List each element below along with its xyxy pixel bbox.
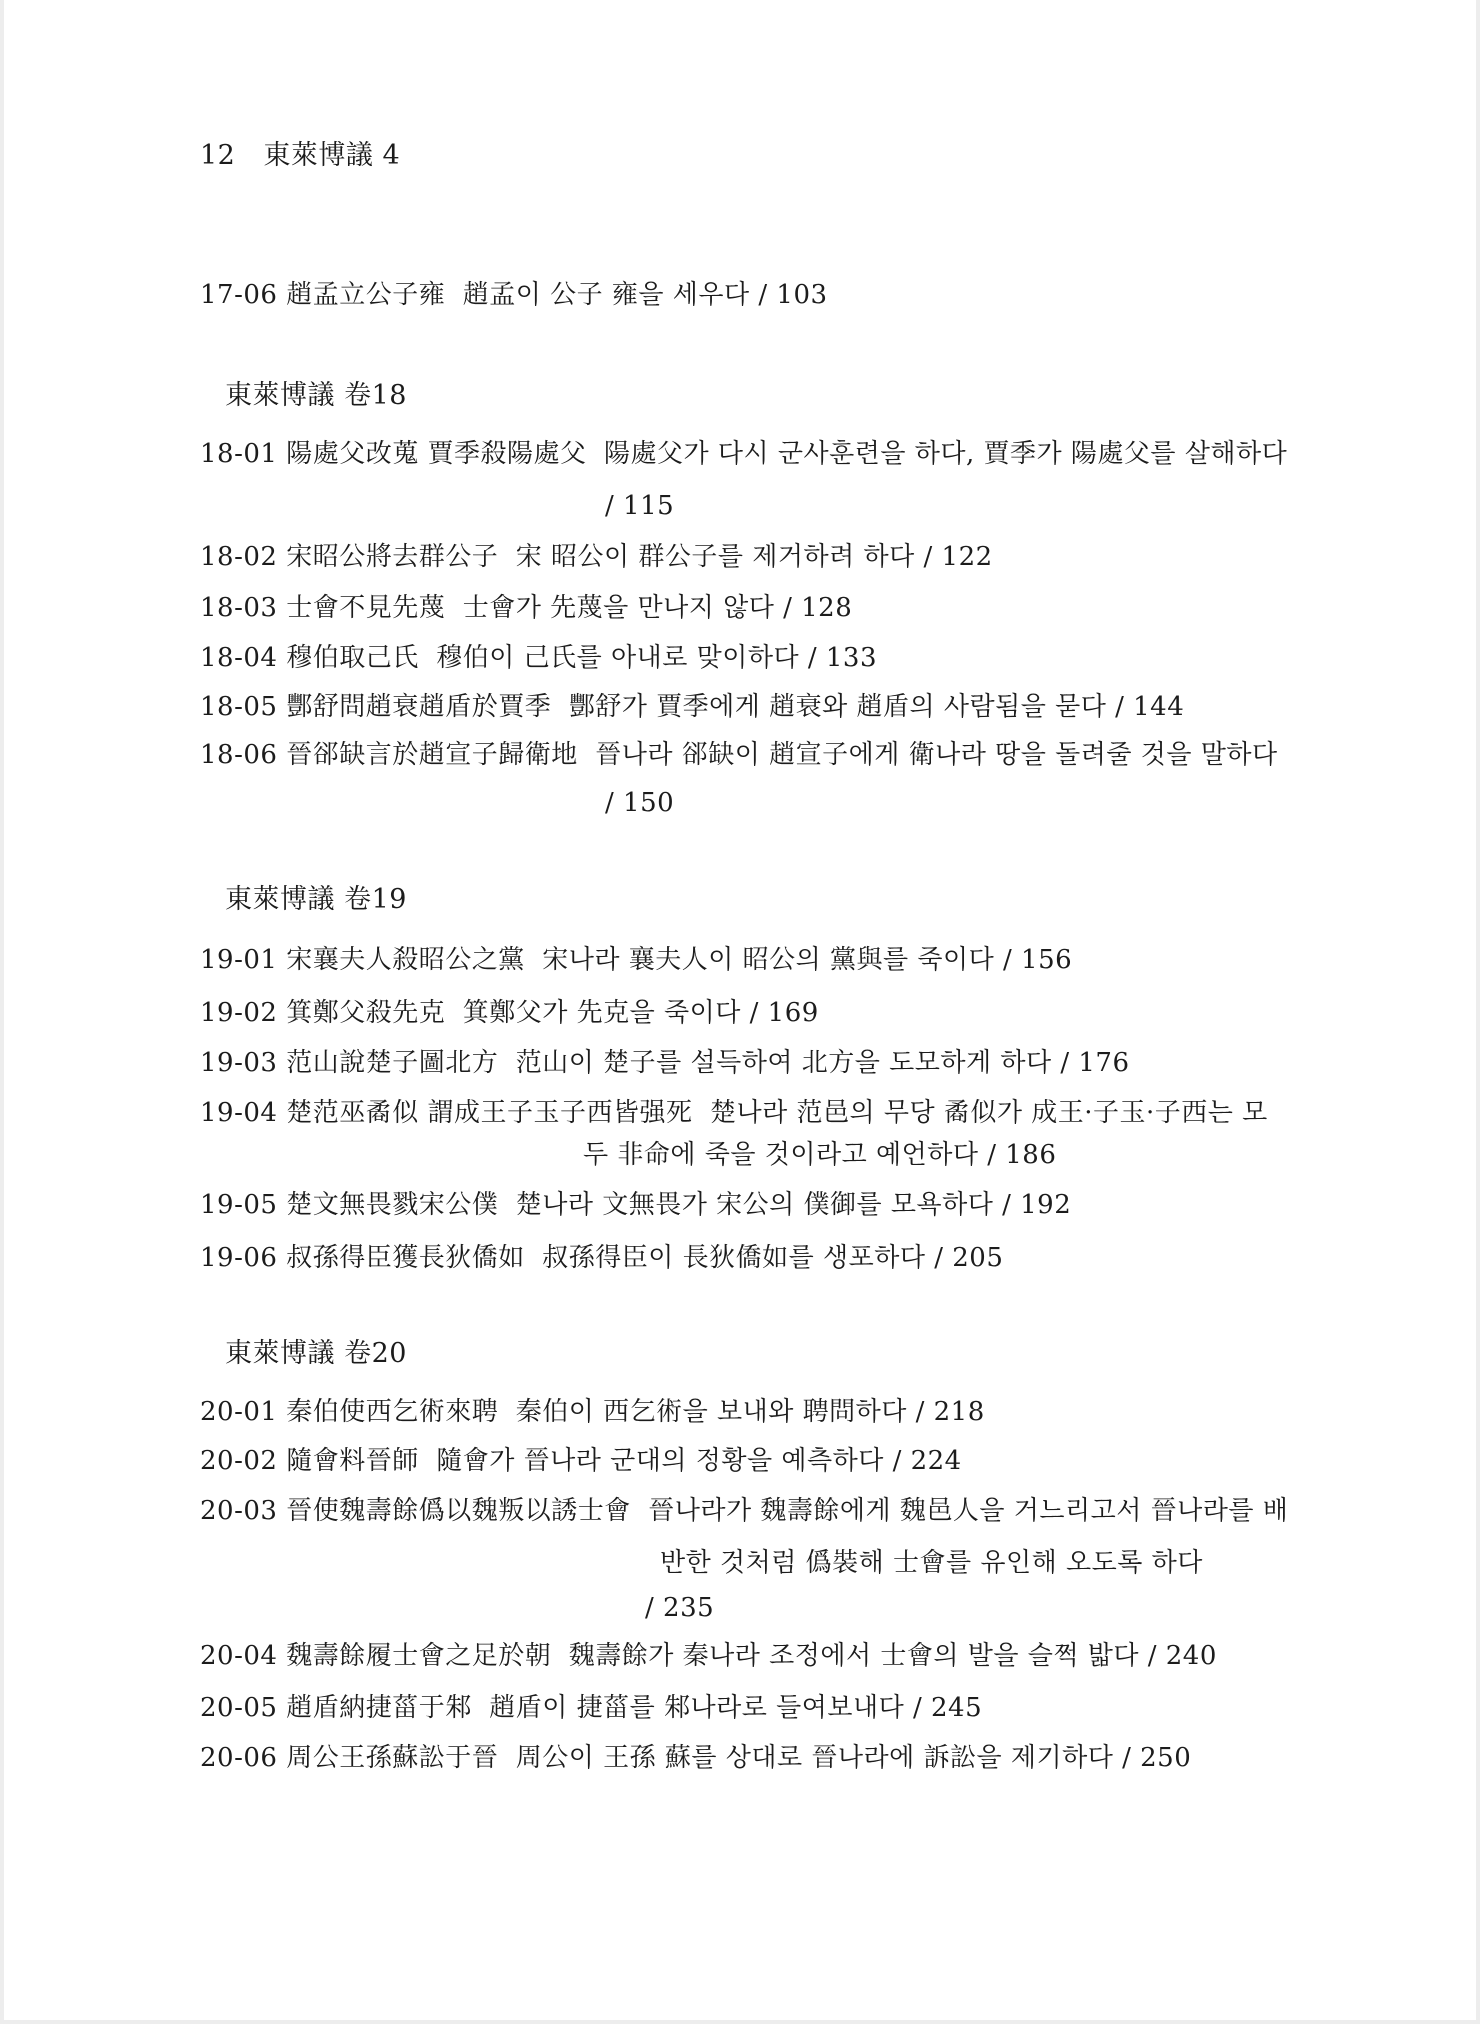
book-title: 東萊博議 4 [263,140,400,171]
section-heading-vol-18: 東萊博議 卷18 [225,380,407,411]
toc-entry-18-04: 18-04 穆伯取己氏 穆伯이 己氏를 아내로 맞이하다 / 133 [200,644,877,674]
toc-entry-19-01: 19-01 宋襄夫人殺昭公之黨 宋나라 襄夫人이 昭公의 黨與를 죽이다 / 1… [200,946,1072,976]
toc-entry-19-06: 19-06 叔孫得臣獲長狄僑如 叔孫得臣이 長狄僑如를 생포하다 / 205 [200,1244,1003,1274]
toc-entry-18-01: 18-01 陽處父改蒐 賈季殺陽處父 陽處父가 다시 군사훈련을 하다, 賈季가… [200,440,1287,470]
toc-entry-19-02: 19-02 箕鄭父殺先克 箕鄭父가 先克을 죽이다 / 169 [200,999,819,1029]
page-number: 12 [200,140,235,171]
toc-entry-19-04: 19-04 楚范巫矞似 謂成王子玉子西皆强死 楚나라 范邑의 무당 矞似가 成王… [200,1099,1268,1129]
toc-entry-18-06-page-line: / 150 [605,789,674,819]
toc-entry-20-04: 20-04 魏壽餘履士會之足於朝 魏壽餘가 秦나라 조정에서 士會의 발을 슬쩍… [200,1642,1217,1672]
toc-entry-18-02: 18-02 宋昭公將去群公子 宋 昭公이 群公子를 제거하려 하다 / 122 [200,543,993,573]
page-header: 12東萊博議 4 [200,140,400,171]
toc-entry-20-02: 20-02 隨會料晉師 隨會가 晉나라 군대의 정황을 예측하다 / 224 [200,1447,962,1477]
section-heading-vol-20: 東萊博議 卷20 [225,1338,407,1369]
toc-entry-19-03: 19-03 范山說楚子圖北方 范山이 楚子를 설득하여 北方을 도모하게 하다 … [200,1049,1130,1079]
toc-entry-20-01: 20-01 秦伯使西乞術來聘 秦伯이 西乞術을 보내와 聘問하다 / 218 [200,1398,985,1428]
toc-entry-19-05: 19-05 楚文無畏戮宋公僕 楚나라 文無畏가 宋公의 僕御를 모욕하다 / 1… [200,1191,1071,1221]
toc-entry-20-03-page-line: / 235 [645,1594,714,1624]
toc-entry-17-06: 17-06 趙孟立公子雍 趙孟이 公子 雍을 세우다 / 103 [200,281,828,311]
toc-entry-19-04-wrap-line: 두 非命에 죽을 것이라고 예언하다 / 186 [583,1141,1056,1171]
document-page: 12東萊博議 4 17-06 趙孟立公子雍 趙孟이 公子 雍을 세우다 / 10… [0,0,1480,2024]
toc-entry-20-03-wrap-line: 반한 것처럼 僞裝해 士會를 유인해 오도록 하다 [660,1549,1203,1579]
scan-edge-bottom [0,2020,1480,2024]
toc-entry-18-03: 18-03 士會不見先蔑 士會가 先蔑을 만나지 않다 / 128 [200,594,852,624]
toc-entry-18-01-page-line: / 115 [605,492,674,522]
toc-entry-18-05: 18-05 酆舒問趙衰趙盾於賈季 酆舒가 賈季에게 趙衰와 趙盾의 사람됨을 묻… [200,693,1184,723]
toc-entry-18-06: 18-06 晉郤缺言於趙宣子歸衛地 晉나라 郤缺이 趙宣子에게 衛나라 땅을 돌… [200,741,1278,771]
toc-entry-20-06: 20-06 周公王孫蘇訟于晉 周公이 王孫 蘇를 상대로 晉나라에 訴訟을 제기… [200,1744,1191,1774]
toc-entry-20-03: 20-03 晉使魏壽餘僞以魏叛以誘士會 晉나라가 魏壽餘에게 魏邑人을 거느리고… [200,1497,1288,1527]
scan-edge-right [1476,0,1480,2024]
section-heading-vol-19: 東萊博議 卷19 [225,884,407,915]
scan-edge-left [0,0,4,2024]
toc-entry-20-05: 20-05 趙盾納捷菑于邾 趙盾이 捷菑를 邾나라로 들여보내다 / 245 [200,1694,982,1724]
